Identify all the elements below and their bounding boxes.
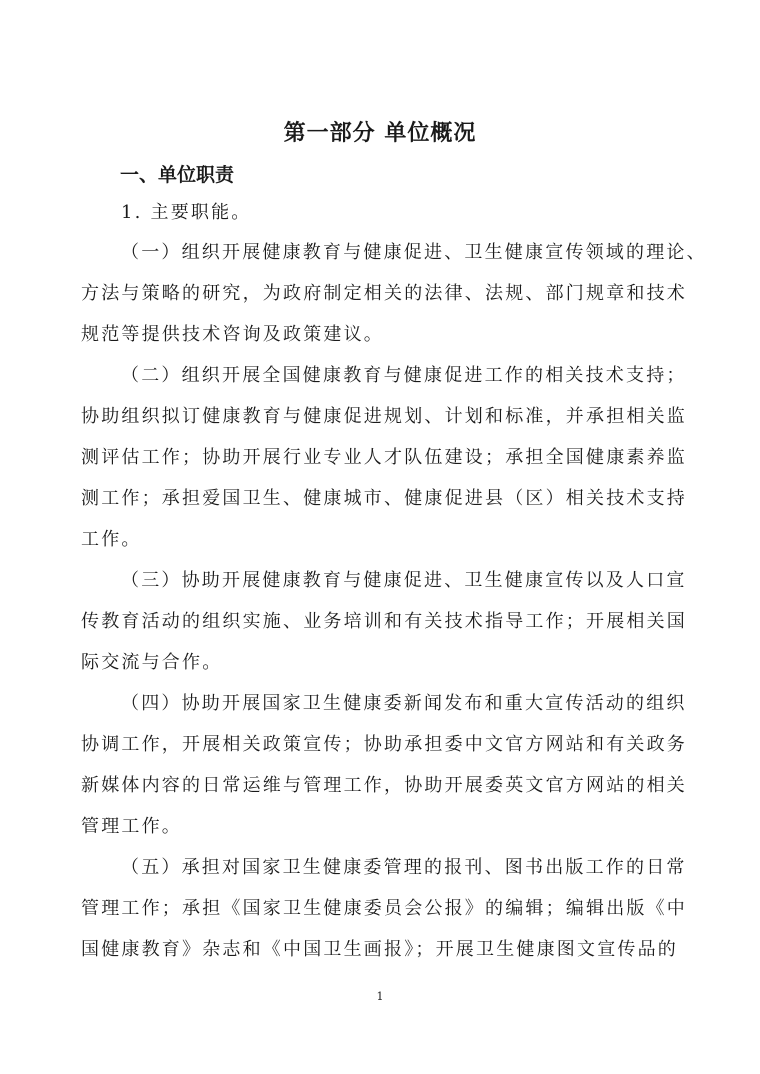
- paragraph-line: （一）组织开展健康教育与健康促进、卫生健康宣传领域的理论、: [121, 238, 707, 264]
- paragraph-line: （二）组织开展全国健康教育与健康促进工作的相关技术支持；: [121, 361, 687, 387]
- paragraph-line: 管理工作。: [81, 812, 182, 838]
- page-number: 1: [0, 990, 760, 1003]
- paragraph-line: 协调工作，开展相关政策宣传；协助承担委中文官方网站和有关政务: [81, 730, 687, 756]
- paragraph-line: 协助组织拟订健康教育与健康促进规划、计划和标准，并承担相关监: [81, 402, 687, 428]
- page-title: 第一部分 单位概况: [0, 116, 760, 147]
- paragraph-line: （四）协助开展国家卫生健康委新闻发布和重大宣传活动的组织: [121, 689, 687, 715]
- subsection-heading: 1. 主要职能。: [121, 198, 252, 224]
- paragraph-line: 方法与策略的研究，为政府制定相关的法律、法规、部门规章和技术: [81, 279, 687, 305]
- paragraph-line: 传教育活动的组织实施、业务培训和有关技术指导工作；开展相关国: [81, 607, 687, 633]
- paragraph-line: 测评估工作；协助开展行业专业人才队伍建设；承担全国健康素养监: [81, 443, 687, 469]
- section-heading: 一、单位职责: [120, 160, 234, 187]
- paragraph-line: 国健康教育》杂志和《中国卫生画报》；开展卫生健康图文宣传品的: [81, 935, 678, 961]
- paragraph-line: 新媒体内容的日常运维与管理工作，协助开展委英文官方网站的相关: [81, 771, 687, 797]
- paragraph-line: （五）承担对国家卫生健康委管理的报刊、图书出版工作的日常: [121, 853, 687, 879]
- paragraph-line: 规范等提供技术咨询及政策建议。: [81, 320, 384, 346]
- paragraph-line: 工作。: [81, 525, 142, 551]
- paragraph-line: 际交流与合作。: [81, 648, 222, 674]
- document-page: 第一部分 单位概况 一、单位职责 1. 主要职能。 （一）组织开展健康教育与健康…: [0, 0, 760, 1074]
- paragraph-line: 测工作；承担爱国卫生、健康城市、健康促进县（区）相关技术支持: [81, 484, 687, 510]
- paragraph-line: 管理工作；承担《国家卫生健康委员会公报》的编辑；编辑出版《中: [81, 894, 687, 920]
- paragraph-line: （三）协助开展健康教育与健康促进、卫生健康宣传以及人口宣: [121, 566, 687, 592]
